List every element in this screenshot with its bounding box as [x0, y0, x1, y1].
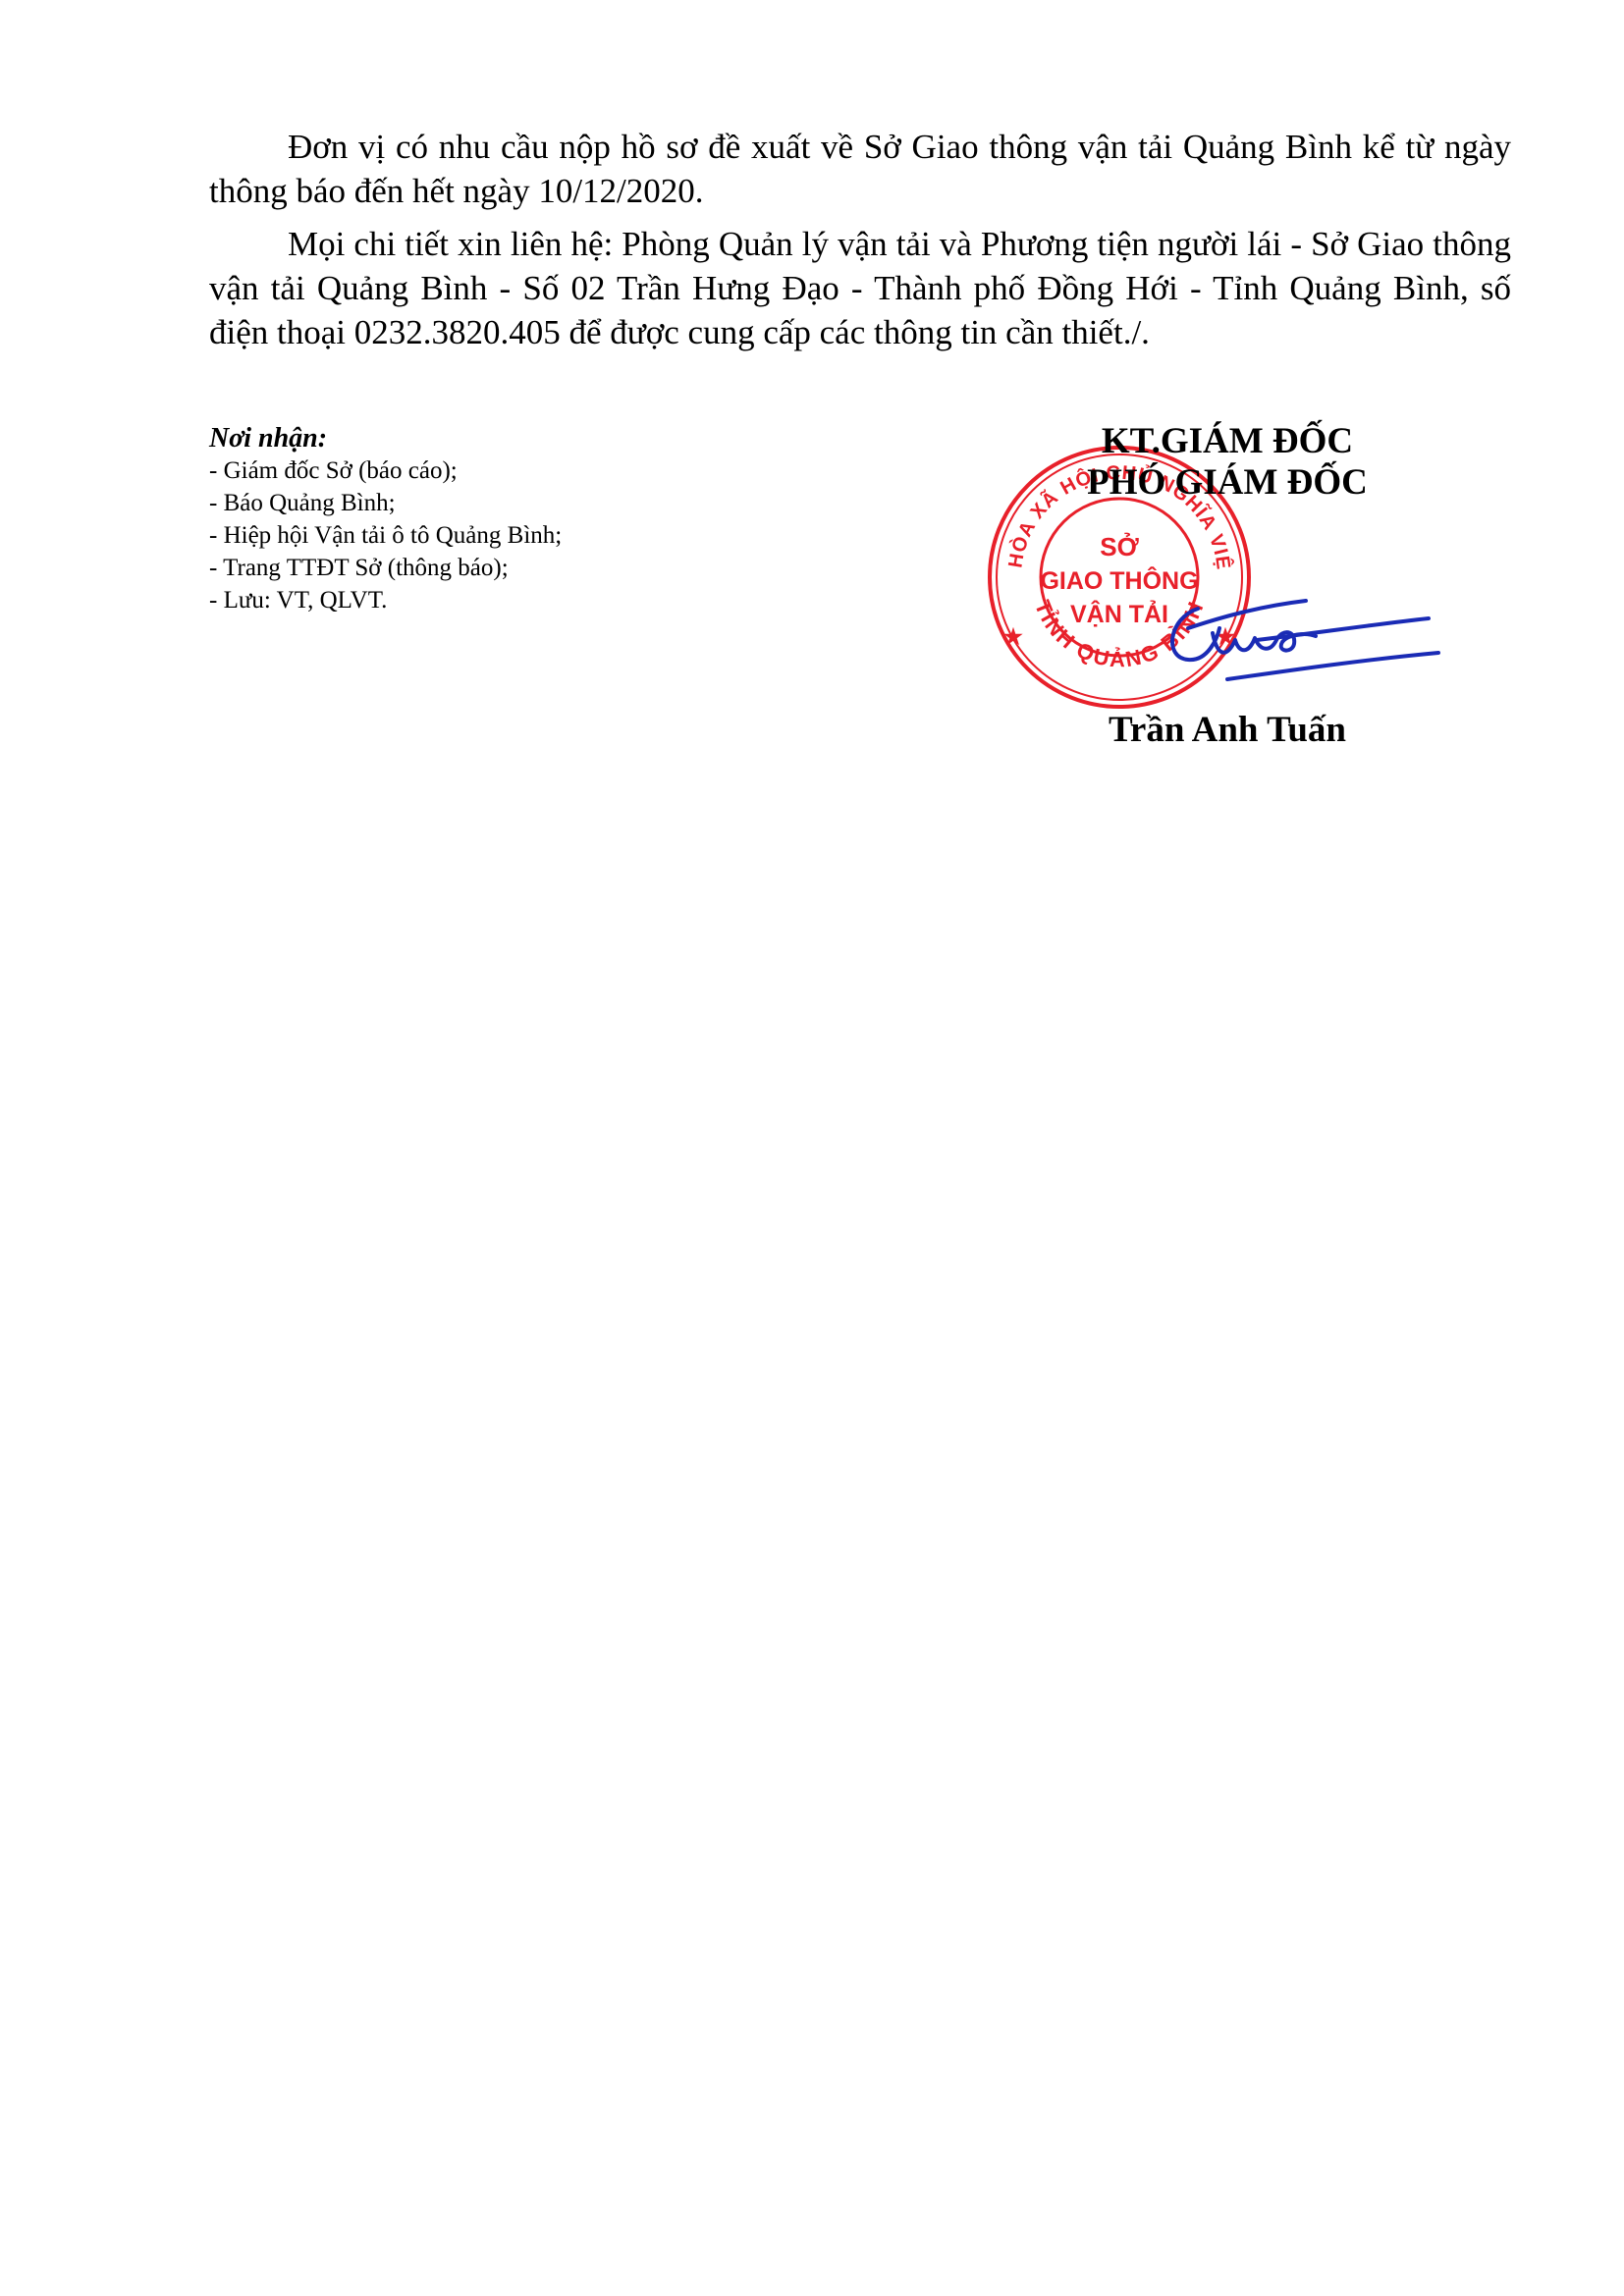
body-text: Đơn vị có nhu cầu nộp hồ sơ đề xuất về S…: [209, 125, 1511, 363]
signature-title-line1: KT.GIÁM ĐỐC: [982, 420, 1473, 462]
svg-text:VẬN TẢI: VẬN TẢI: [1070, 599, 1168, 628]
signature-title-line2: PHÓ GIÁM ĐỐC: [982, 461, 1473, 504]
document-page: Đơn vị có nhu cầu nộp hồ sơ đề xuất về S…: [0, 0, 1624, 2296]
recipients-title: Nơi nhận:: [209, 422, 759, 454]
recipient-item: - Hiệp hội Vận tải ô tô Quảng Bình;: [209, 519, 759, 552]
recipient-item: - Trang TTĐT Sở (thông báo);: [209, 552, 759, 584]
handwritten-signature-icon: [1159, 589, 1443, 697]
recipient-item: - Lưu: VT, QLVT.: [209, 584, 759, 616]
paragraph-contact-info: Mọi chi tiết xin liên hệ: Phòng Quản lý …: [209, 222, 1511, 354]
paragraph-submission-deadline: Đơn vị có nhu cầu nộp hồ sơ đề xuất về S…: [209, 125, 1511, 213]
recipient-item: - Giám đốc Sở (báo cáo);: [209, 454, 759, 487]
signature-block: KT.GIÁM ĐỐC PHÓ GIÁM ĐỐC CỘNG HÒA XÃ HỘI…: [982, 412, 1453, 766]
recipients-block: Nơi nhận: - Giám đốc Sở (báo cáo); - Báo…: [209, 422, 759, 616]
svg-text:SỞ: SỞ: [1100, 531, 1139, 561]
svg-text:★: ★: [1003, 624, 1023, 649]
recipient-item: - Báo Quảng Bình;: [209, 487, 759, 519]
signer-name: Trần Anh Tuấn: [982, 709, 1473, 751]
